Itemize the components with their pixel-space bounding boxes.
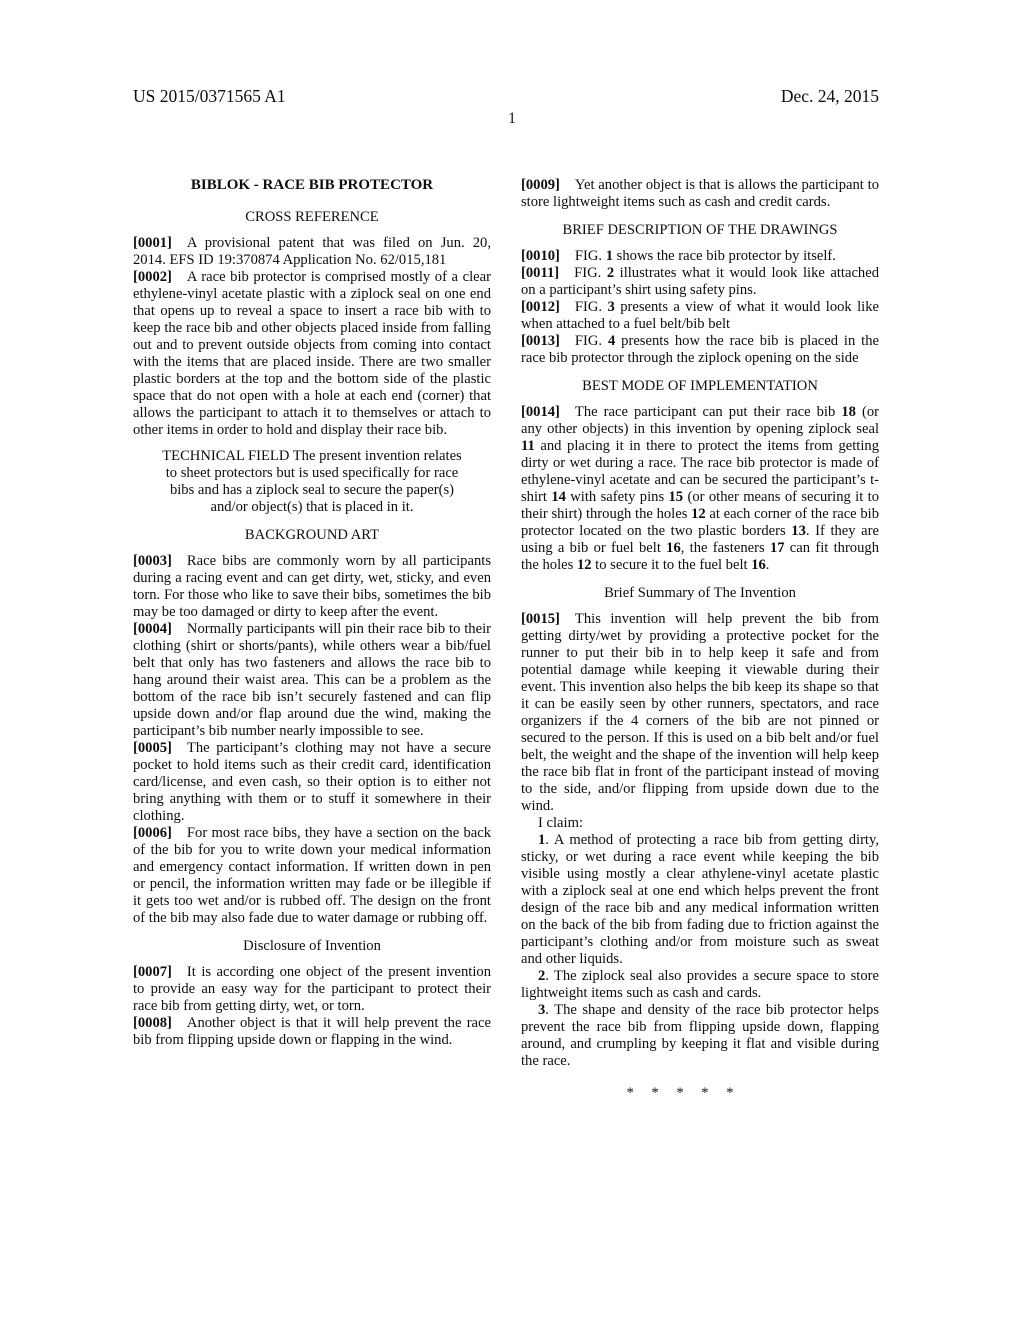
document-body: BIBLOK - RACE BIB PROTECTORCROSS REFEREN… [133,177,879,1102]
section-subheading-disclosure: Disclosure of Invention [133,938,491,955]
paragraph-0010: [0010]FIG. 1 shows the race bib protecto… [521,248,879,265]
page-number: 1 [0,110,1024,128]
patent-number: US 2015/0371565 A1 [133,86,286,106]
paragraph-0008: [0008]Another object is that it will hel… [133,1015,491,1049]
paragraph-0002: [0002]A race bib protector is comprised … [133,269,491,439]
page-header: US 2015/0371565 A1 Dec. 24, 2015 [133,86,879,106]
paragraph-0004: [0004]Normally participants will pin the… [133,621,491,740]
paragraph-number: [0003] [133,553,172,569]
section-subheading-brief-summary: Brief Summary of The Invention [521,585,879,602]
paragraph-number: [0006] [133,825,172,841]
paragraph-number: [0011] [521,265,559,281]
section-heading-drawings: BRIEF DESCRIPTION OF THE DRAWINGS [521,222,879,239]
right-column: [0009]Yet another object is that is allo… [521,177,879,1102]
paragraph-number: [0013] [521,333,560,349]
paragraph-0001: [0001]A provisional patent that was file… [133,235,491,269]
section-heading-cross-reference: CROSS REFERENCE [133,209,491,226]
paragraph-0012: [0012]FIG. 3 presents a view of what it … [521,299,879,333]
section-heading-background-art: BACKGROUND ART [133,527,491,544]
paragraph-0006: [0006]For most race bibs, they have a se… [133,825,491,927]
paragraph-0015: [0015]This invention will help prevent t… [521,611,879,815]
end-of-claims-marker: * * * * * [521,1085,839,1102]
claim-2: 2. The ziplock seal also provides a secu… [521,968,879,1002]
paragraph-0007: [0007]It is according one object of the … [133,964,491,1015]
paragraph-0003: [0003]Race bibs are commonly worn by all… [133,553,491,621]
paragraph-number: [0002] [133,269,172,285]
paragraph-number: [0007] [133,964,172,980]
paragraph-0013: [0013]FIG. 4 presents how the race bib i… [521,333,879,367]
paragraph-0005: [0005]The participant’s clothing may not… [133,740,491,825]
section-heading-best-mode: BEST MODE OF IMPLEMENTATION [521,378,879,395]
claim-3: 3. The shape and density of the race bib… [521,1002,879,1070]
technical-field-block: TECHNICAL FIELD The present invention re… [133,448,491,516]
claims-intro: I claim: [521,815,879,832]
paragraph-0011: [0011]FIG. 2 illustrates what it would l… [521,265,879,299]
left-column: BIBLOK - RACE BIB PROTECTORCROSS REFEREN… [133,177,491,1102]
publication-date: Dec. 24, 2015 [781,86,879,106]
document-title: BIBLOK - RACE BIB PROTECTOR [133,177,491,194]
paragraph-number: [0014] [521,404,560,420]
paragraph-number: [0009] [521,177,560,193]
paragraph-number: [0004] [133,621,172,637]
paragraph-0014: [0014]The race participant can put their… [521,404,879,574]
paragraph-0009: [0009]Yet another object is that is allo… [521,177,879,211]
paragraph-number: [0010] [521,248,560,264]
patent-page: US 2015/0371565 A1 Dec. 24, 2015 1 BIBLO… [0,0,1024,1320]
paragraph-number: [0005] [133,740,172,756]
paragraph-number: [0012] [521,299,560,315]
paragraph-number: [0015] [521,611,560,627]
paragraph-number: [0001] [133,235,172,251]
paragraph-number: [0008] [133,1015,172,1031]
claim-1: 1. A method of protecting a race bib fro… [521,832,879,968]
